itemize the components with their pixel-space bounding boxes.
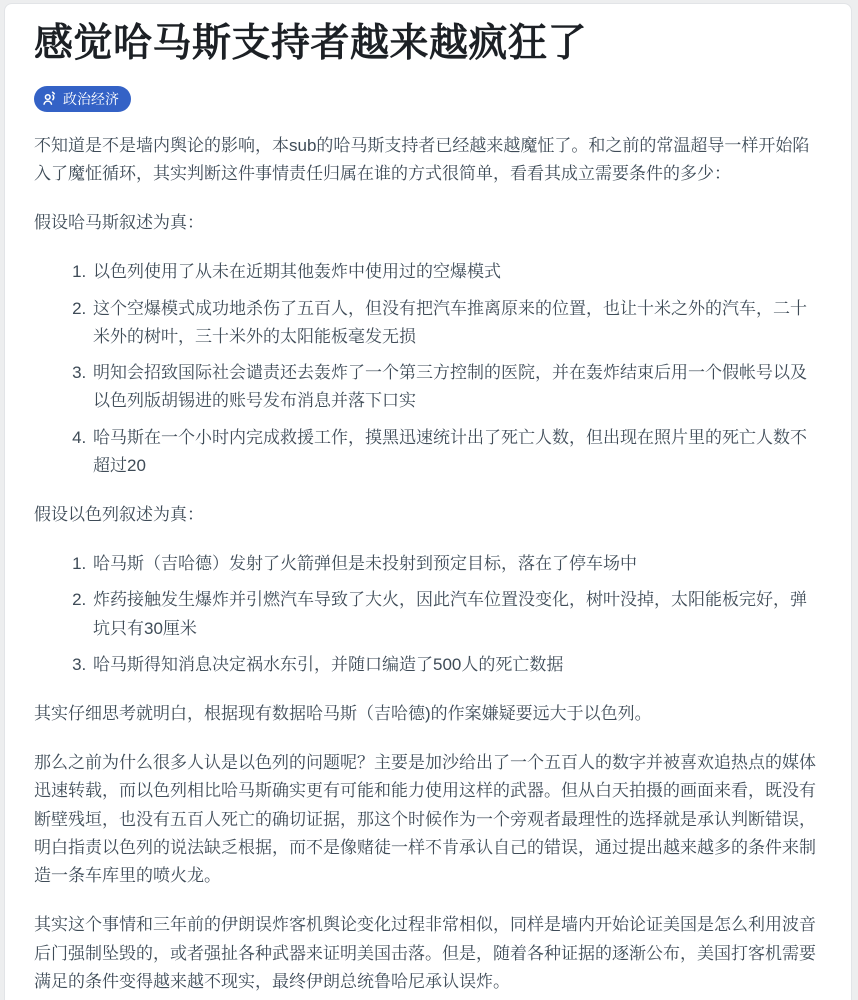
voice-over-icon [42, 91, 58, 107]
post-card: 感觉哈马斯支持者越来越疯狂了 政治经济 不知道是不是墙内舆论的影响，本sub的哈… [4, 3, 852, 1000]
list-item: 以色列使用了从未在近期其他轰炸中使用过的空爆模式 [91, 258, 822, 286]
post-title: 感觉哈马斯支持者越来越疯狂了 [34, 20, 822, 69]
post-paragraph-comparison: 其实这个事情和三年前的伊朗误炸客机舆论变化过程非常相似，同样是墙内开始论证美国是… [34, 911, 822, 996]
list-item: 明知会招致国际社会谴责还去轰炸了一个第三方控制的医院，并在轰炸结束后用一个假帐号… [91, 359, 822, 415]
post-paragraph-intro: 不知道是不是墙内舆论的影响，本sub的哈马斯支持者已经越来越魔怔了。和之前的常温… [34, 132, 822, 188]
list-item: 哈马斯在一个小时内完成救援工作，摸黑迅速统计出了死亡人数，但出现在照片里的死亡人… [91, 424, 822, 480]
list-item: 哈马斯得知消息决定祸水东引，并随口编造了500人的死亡数据 [91, 651, 822, 679]
hamas-assumption-heading: 假设哈马斯叙述为真： [34, 209, 822, 237]
post-paragraph-analysis: 那么之前为什么很多人认是以色列的问题呢？主要是加沙给出了一个五百人的数字并被喜欢… [34, 749, 822, 890]
hamas-assumption-list: 以色列使用了从未在近期其他轰炸中使用过的空爆模式 这个空爆模式成功地杀伤了五百人… [34, 258, 822, 480]
post-paragraph-conclusion: 其实仔细思考就明白，根据现有数据哈马斯（吉哈德)的作案嫌疑要远大于以色列。 [34, 700, 822, 728]
flair-badge-politics-economy[interactable]: 政治经济 [34, 86, 131, 112]
post-body: 不知道是不是墙内舆论的影响，本sub的哈马斯支持者已经越来越魔怔了。和之前的常温… [34, 132, 822, 996]
israel-assumption-list: 哈马斯（吉哈德）发射了火箭弹但是未投射到预定目标，落在了停车场中 炸药接触发生爆… [34, 550, 822, 679]
flair-label: 政治经济 [63, 92, 119, 106]
israel-assumption-heading: 假设以色列叙述为真： [34, 501, 822, 529]
list-item: 炸药接触发生爆炸并引燃汽车导致了大火，因此汽车位置没变化，树叶没掉，太阳能板完好… [91, 586, 822, 642]
list-item: 这个空爆模式成功地杀伤了五百人，但没有把汽车推离原来的位置，也让十米之外的汽车，… [91, 295, 822, 351]
list-item: 哈马斯（吉哈德）发射了火箭弹但是未投射到预定目标，落在了停车场中 [91, 550, 822, 578]
